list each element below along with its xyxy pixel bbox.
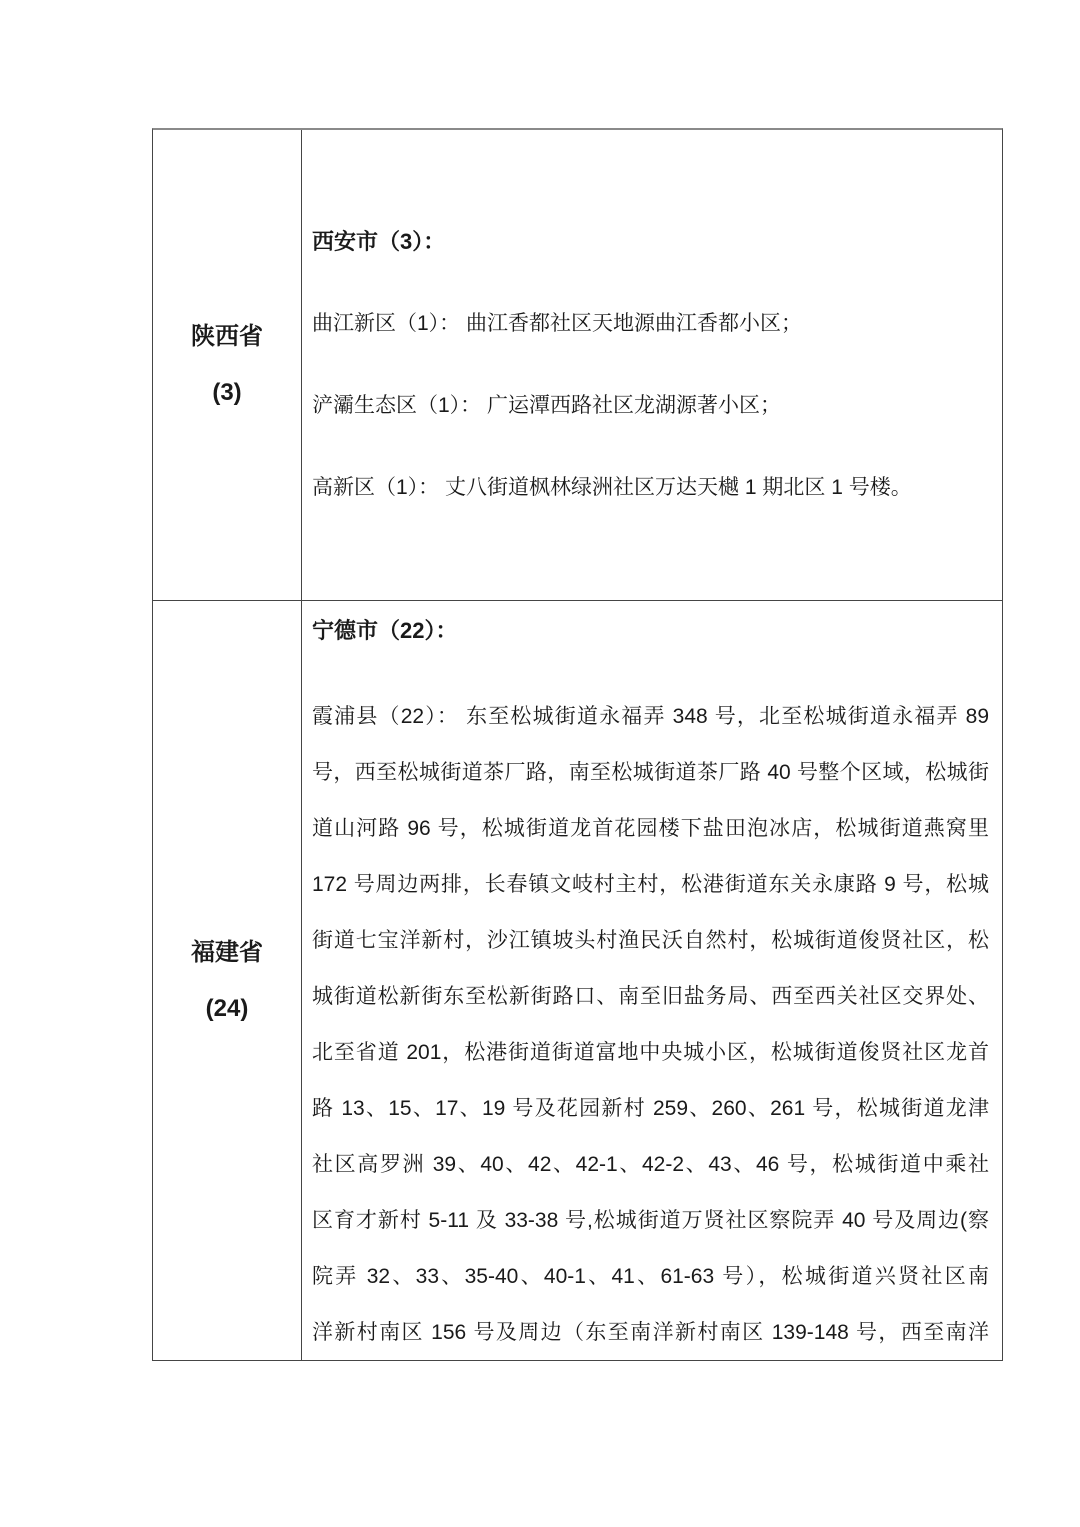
paragraph-line: 172 号周边两排，长春镇文岐村主村，松港街道东关永康路 9 号，松城 bbox=[312, 857, 989, 913]
province-name: 福建省 bbox=[191, 925, 263, 981]
table-row-shaanxi: 陕西省 (3) 西安市（3）： 曲江新区（1）： 曲江香都社区天地源曲江香都小区… bbox=[153, 130, 1002, 600]
paragraph-line: 号，西至松城街道茶厂路，南至松城街道茶厂路 40 号整个区域，松城街 bbox=[312, 745, 989, 801]
paragraph-line: 路 13、15、17、19 号及花园新村 259、260、261 号，松城街道龙… bbox=[312, 1081, 989, 1137]
paragraph-line: 社区高罗洲 39、40、42、42-1、42-2、43、46 号，松城街道中乘社 bbox=[312, 1137, 989, 1193]
province-count: (24) bbox=[206, 981, 249, 1037]
paragraph-line: 洋新村南区 156 号及周边（东至南洋新村南区 139-148 号，西至南洋 bbox=[312, 1305, 989, 1360]
province-count: (3) bbox=[212, 365, 241, 421]
district-entry: 曲江新区（1）： 曲江香都社区天地源曲江香都小区； bbox=[312, 296, 989, 352]
detail-cell-shaanxi: 西安市（3）： 曲江新区（1）： 曲江香都社区天地源曲江香都小区； 浐灞生态区（… bbox=[302, 130, 1002, 600]
district-entry: 高新区（1）： 丈八街道枫林绿洲社区万达天樾 1 期北区 1 号楼。 bbox=[312, 460, 989, 516]
province-cell-shaanxi: 陕西省 (3) bbox=[153, 130, 302, 600]
paragraph-line: 院弄 32、33、35-40、40-1、41、61-63 号），松城街道兴贤社区… bbox=[312, 1249, 989, 1305]
district-entry: 浐灞生态区（1）： 广运潭西路社区龙湖源著小区； bbox=[312, 378, 989, 434]
city-heading-ningde: 宁德市（22）： bbox=[312, 603, 989, 659]
district-paragraph: 霞浦县（22）： 东至松城街道永福弄 348 号，北至松城街道永福弄 89 号，… bbox=[312, 689, 989, 1360]
paragraph-line: 北至省道 201，松港街道街道富地中央城小区，松城街道俊贤社区龙首 bbox=[312, 1025, 989, 1081]
city-heading-xian: 西安市（3）： bbox=[312, 214, 989, 270]
region-table: 陕西省 (3) 西安市（3）： 曲江新区（1）： 曲江香都社区天地源曲江香都小区… bbox=[152, 128, 1003, 1361]
province-cell-fujian: 福建省 (24) bbox=[153, 601, 302, 1360]
document-page: { "table": { "rows": [ { "province": { "… bbox=[0, 0, 1080, 1527]
province-name: 陕西省 bbox=[191, 309, 263, 365]
table-row-fujian: 福建省 (24) 宁德市（22）： 霞浦县（22）： 东至松城街道永福弄 348… bbox=[153, 600, 1002, 1360]
detail-cell-fujian: 宁德市（22）： 霞浦县（22）： 东至松城街道永福弄 348 号，北至松城街道… bbox=[302, 601, 1002, 1360]
paragraph-line: 街道七宝洋新村，沙江镇坡头村渔民沃自然村，松城街道俊贤社区，松 bbox=[312, 913, 989, 969]
paragraph-line: 道山河路 96 号，松城街道龙首花园楼下盐田泡冰店，松城街道燕窝里 bbox=[312, 801, 989, 857]
paragraph-line: 区育才新村 5-11 及 33-38 号,松城街道万贤社区察院弄 40 号及周边… bbox=[312, 1193, 989, 1249]
paragraph-line: 城街道松新街东至松新街路口、南至旧盐务局、西至西关社区交界处、 bbox=[312, 969, 989, 1025]
paragraph-line: 霞浦县（22）： 东至松城街道永福弄 348 号，北至松城街道永福弄 89 bbox=[312, 689, 989, 745]
